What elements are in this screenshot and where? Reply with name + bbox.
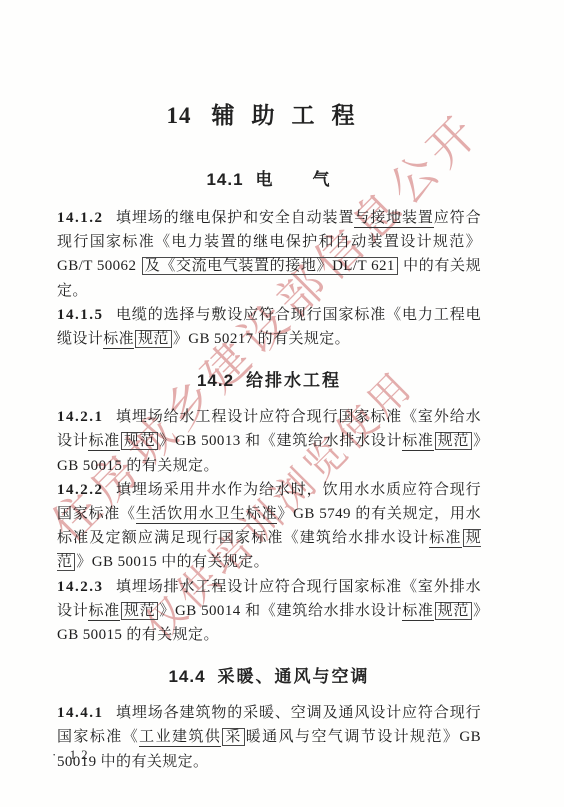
- deleted-text: 规范: [435, 432, 472, 450]
- inserted-text: 生活饮用水卫生标准: [136, 506, 278, 524]
- inserted-text: 与接地装置: [354, 210, 433, 228]
- deleted-text: 及《交流电气装置的接地》DL/T 621: [142, 257, 398, 275]
- deleted-text: 规范: [435, 602, 472, 620]
- inserted-text: 标准: [88, 603, 119, 621]
- inserted-text: 标准: [103, 331, 134, 349]
- clause-number: 14.1.2: [57, 210, 116, 226]
- text-run: 计: [73, 603, 89, 619]
- clause: 14.1.2填埋场的继电保护和安全自动装置与接地装置应符合现行国家标准《电力装置…: [57, 206, 481, 303]
- section-number: 14.4: [168, 667, 205, 686]
- section-number: 14.2: [197, 371, 234, 390]
- chapter-heading: 14辅助工程: [57, 100, 481, 132]
- inserted-text: 标准: [402, 433, 433, 451]
- clause-blocks: 14.1电 气14.1.2填埋场的继电保护和安全自动装置与接地装置应符合现行国家…: [57, 168, 481, 774]
- section-title: 给排水工程: [246, 371, 341, 390]
- clause-number: 14.2.3: [57, 579, 116, 595]
- section-number: 14.1: [206, 170, 243, 189]
- inserted-text: 标准: [402, 603, 433, 621]
- clause: 14.2.1填埋场给水工程设计应符合现行国家标准《室外给水设计标准规范》GB 5…: [57, 405, 481, 478]
- clause-number: 14.1.5: [57, 307, 116, 323]
- clause-number: 14.2.1: [57, 409, 116, 425]
- chapter-number: 14: [167, 103, 192, 128]
- page-content: 14辅助工程 14.1电 气14.1.2填埋场的继电保护和安全自动装置与接地装置…: [57, 100, 481, 774]
- text-run: 填埋场的继电保护和安全自动装置: [116, 210, 355, 226]
- clause: 14.2.2填埋场采用井水作为给水时，饮用水水质应符合现行国家标准《生活饮用水卫…: [57, 478, 481, 575]
- deleted-text: 规范: [135, 330, 172, 348]
- document-page: 住房城乡建设部信息公开 仅供培训浏览使用 14辅助工程 14.1电 气14.1.…: [0, 0, 564, 807]
- deleted-text: 规范: [121, 602, 158, 620]
- text-run: 》GB 50013 和《建筑给水排水设计: [159, 433, 402, 449]
- text-run: 》GB 50014 和《建筑给水排水设计: [159, 603, 402, 619]
- clause: 14.2.3填埋场排水工程设计应符合现行国家标准《室外排水设计标准规范》GB 5…: [57, 575, 481, 648]
- page-footer: · 12 ·: [52, 747, 110, 763]
- deleted-text: 规范: [121, 432, 158, 450]
- deleted-text: 采: [222, 728, 244, 746]
- section-heading: 14.1电 气: [57, 168, 481, 192]
- inserted-text: 工业建筑供: [139, 729, 221, 747]
- clause: 14.1.5电缆的选择与敷设应符合现行国家标准《电力工程电缆设计标准规范》GB …: [57, 303, 481, 351]
- text-run: 》GB 50217 的有关规定。: [173, 331, 350, 347]
- clause-number: 14.2.2: [57, 482, 116, 498]
- page-number: · 12 ·: [52, 747, 110, 762]
- clause-number: 14.4.1: [57, 705, 116, 721]
- clause: 14.4.1填埋场各建筑物的采暖、空调及通风设计应符合现行国家标准《工业建筑供采…: [57, 701, 481, 774]
- section-heading: 14.2给排水工程: [57, 369, 481, 393]
- chapter-title: 辅助工程: [212, 103, 372, 128]
- section-heading: 14.4采暖、通风与空调: [57, 665, 481, 689]
- section-title: 电 气: [256, 170, 332, 189]
- inserted-text: 标准: [429, 530, 461, 548]
- text-run: 》GB 50015 中的有关规定。: [76, 554, 269, 570]
- section-title: 采暖、通风与空调: [218, 667, 370, 686]
- inserted-text: 标准: [88, 433, 119, 451]
